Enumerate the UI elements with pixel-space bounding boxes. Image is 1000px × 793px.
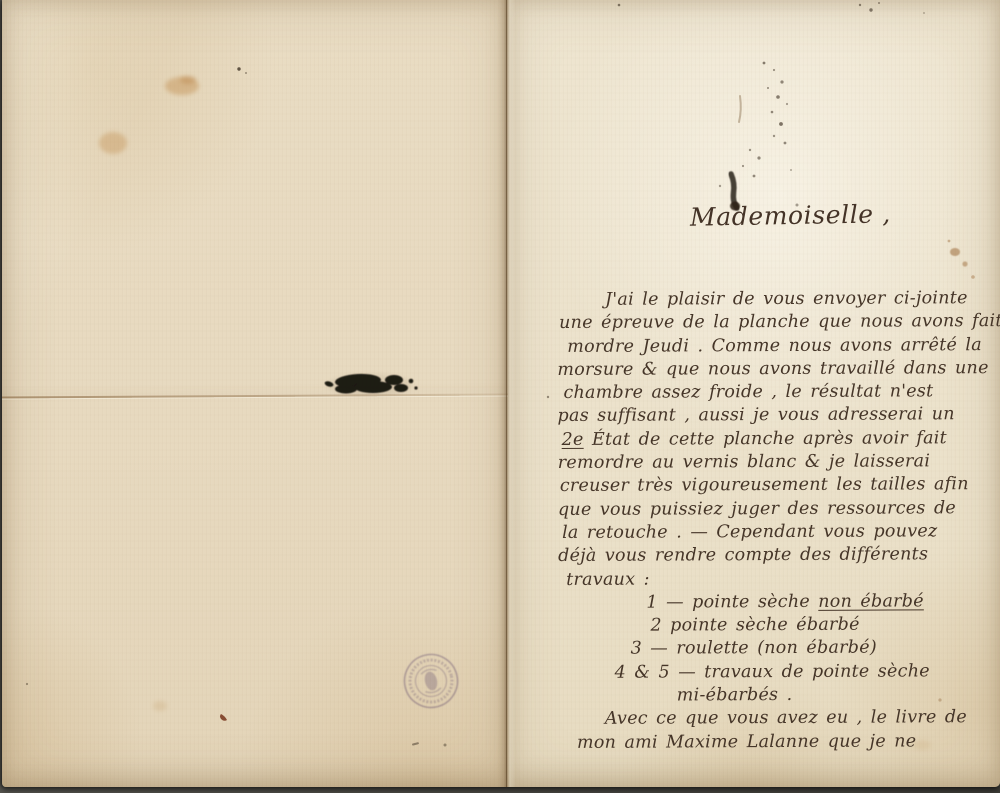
letter-line: 1 — pointe sèche non ébarbé: [646, 590, 1000, 615]
letter-line-text: 1 — pointe sèche: [646, 592, 818, 613]
letter-body: J'ai le plaisir de vous envoyer ci-joint…: [557, 287, 1000, 755]
letter-line-text: travaux :: [566, 569, 650, 589]
letter-line-text: une épreuve de la planche que nous avons…: [559, 311, 1000, 333]
letter-line: 3 — roulette (non ébarbé): [631, 636, 1000, 661]
letter-line-text: morsure & que nous avons travaillé dans …: [557, 358, 988, 380]
letter-line-text: mordre Jeudi . Comme nous avons arrêté l…: [567, 335, 982, 357]
letter-line: travaux :: [566, 567, 1000, 592]
letter-line: mon ami Maxime Lalanne que je ne: [577, 730, 1000, 755]
letter-line-text: 3 — roulette (non ébarbé): [631, 638, 877, 659]
letter-line-text: pas suffisant , aussi je vous adresserai…: [557, 405, 954, 427]
letter-line-text: non ébarbé: [818, 591, 924, 611]
letter-line-text: que vous puissiez juger des ressources d…: [558, 498, 956, 520]
letter-line: mi-ébarbés .: [677, 683, 1000, 708]
center-fold-crease: [498, 0, 516, 787]
letter-line: Avec ce que vous avez eu , le livre de: [605, 706, 1000, 731]
letter-line-text: mon ami Maxime Lalanne que je ne: [577, 731, 916, 752]
letter-line-text: État de cette planche après avoir fait: [584, 428, 947, 450]
letter-line: une épreuve de la planche que nous avons…: [559, 310, 1000, 335]
letter-line-text: Avec ce que vous avez eu , le livre de: [605, 708, 967, 730]
letter-line-text: 2e: [562, 430, 584, 450]
letter-sheet: Mademoiselle , J'ai le plaisir de vous e…: [2, 0, 1000, 787]
letter-line-text: 2 pointe sèche ébarbé: [650, 615, 859, 636]
letter-line: 4 & 5 — travaux de pointe sèche: [615, 660, 1000, 685]
letter-line-text: chambre assez froide , le résultat n'est: [563, 382, 933, 404]
letter-line: morsure & que nous avons travaillé dans …: [557, 357, 1000, 382]
letter-line: pas suffisant , aussi je vous adresserai…: [557, 404, 1000, 429]
letter-line: J'ai le plaisir de vous envoyer ci-joint…: [605, 287, 1000, 312]
letter-line: creuser très vigoureusement les tailles …: [560, 473, 1000, 498]
letter-line: la retouche . — Cependant vous pouvez: [562, 520, 1000, 545]
fold-core-line: [506, 0, 507, 787]
salutation: Mademoiselle ,: [690, 199, 891, 231]
letter-line-text: déjà vous rendre compte des différents: [558, 545, 928, 567]
letter-line-text: creuser très vigoureusement les tailles …: [560, 475, 969, 497]
letter-line: que vous puissiez juger des ressources d…: [558, 497, 1000, 522]
photo-background: Mademoiselle , J'ai le plaisir de vous e…: [0, 0, 1000, 793]
letter-line-text: mi-ébarbés .: [677, 685, 793, 706]
letter-line-text: la retouche . — Cependant vous pouvez: [562, 521, 937, 543]
letter-line-text: remordre au vernis blanc & je laisserai: [558, 451, 931, 473]
letter-line: mordre Jeudi . Comme nous avons arrêté l…: [567, 334, 1000, 359]
letter-line: remordre au vernis blanc & je laisserai: [558, 450, 1000, 475]
letter-line: 2 pointe sèche ébarbé: [650, 613, 1000, 638]
letter-line-text: 4 & 5 — travaux de pointe sèche: [615, 661, 930, 682]
letter-line-text: J'ai le plaisir de vous envoyer ci-joint…: [605, 288, 968, 310]
letter-line: déjà vous rendre compte des différents: [558, 543, 1000, 568]
letter-line: 2e État de cette planche après avoir fai…: [562, 427, 1000, 452]
letter-line: chambre assez froide , le résultat n'est: [563, 380, 1000, 405]
